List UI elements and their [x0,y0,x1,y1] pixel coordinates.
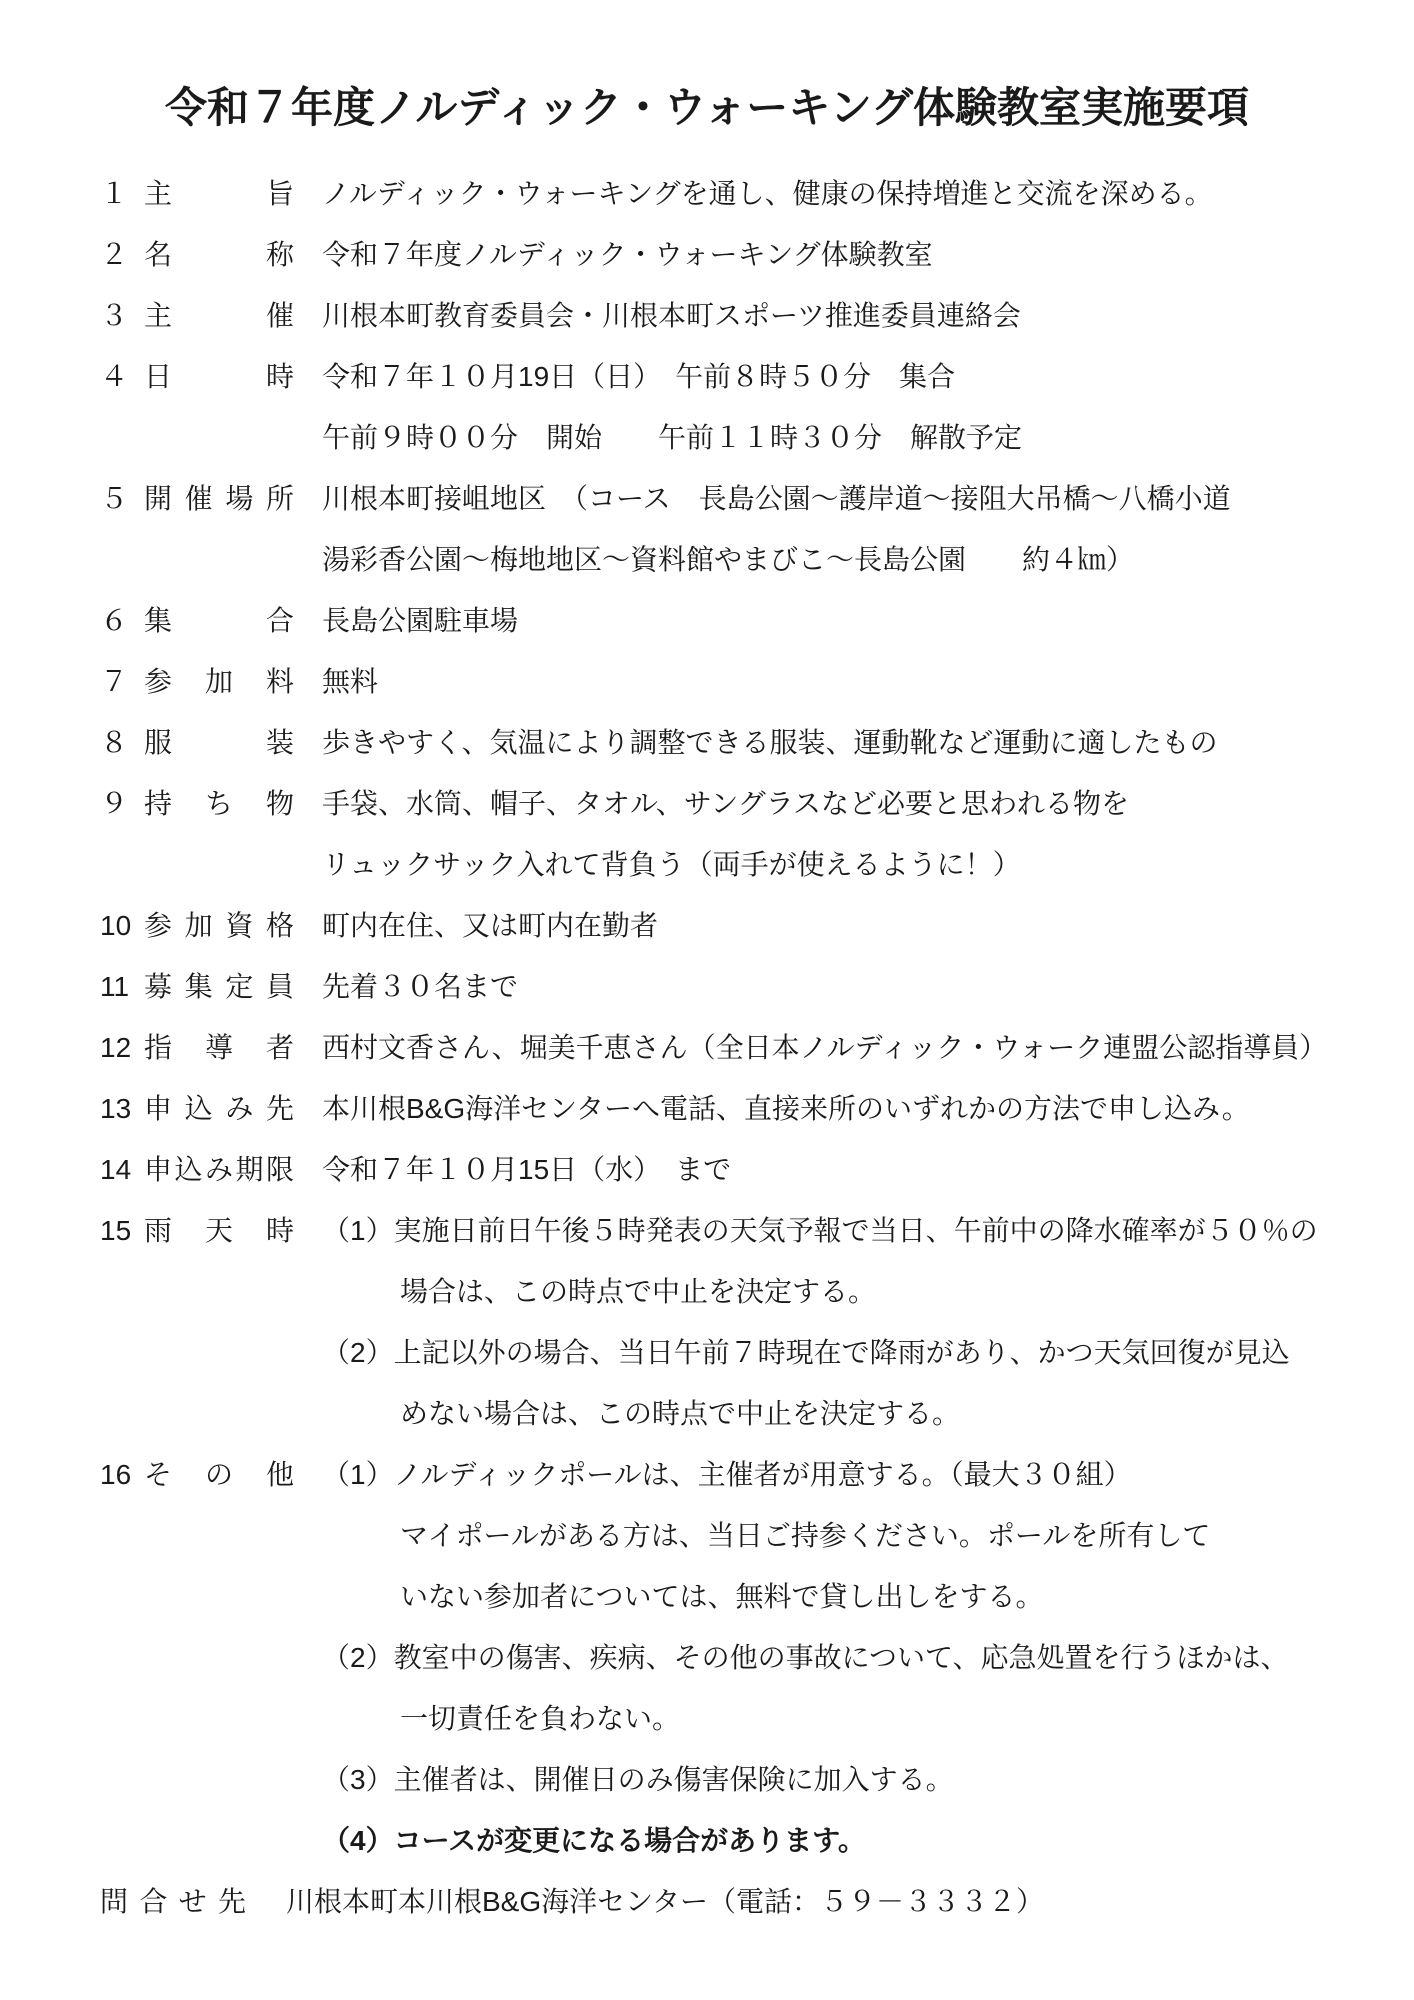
contact-label: 問合せ先 [100,1871,246,1932]
item-line: 町内在住、又は町内在勤者 [322,895,1414,956]
item-label: 主催 [144,285,294,346]
item-content: 西村文香さん、堀美千恵さん（全日本ノルディック・ウォーク連盟公認指導員） [294,1017,1414,1078]
item-number: ９ [100,773,144,834]
item-line: いない参加者については、無料で貸し出しをする。 [322,1566,1414,1627]
item-row: ７参加料無料 [0,651,1414,712]
item-number: 15 [100,1200,144,1261]
item-label: 申込み期限 [144,1139,294,1200]
item-line: 先着３０名まで [322,956,1414,1017]
item-line: 一切責任を負わない。 [322,1688,1414,1749]
item-number: 10 [100,895,144,956]
item-content: 歩きやすく、気温により調整できる服装、運動靴など運動に適したもの [294,712,1414,773]
item-content: 令和７年１０月19日（日） 午前８時５０分 集合午前９時００分 開始 午前１１時… [294,346,1414,468]
item-line: 川根本町教育委員会・川根本町スポーツ推進委員連絡会 [322,285,1414,346]
contact-row: 問合せ先 川根本町本川根B&G海洋センター（電話：５９－３３３２） [0,1871,1414,1932]
item-row: ４日時令和７年１０月19日（日） 午前８時５０分 集合午前９時００分 開始 午前… [0,346,1414,468]
item-line: （1）実施日前日午後５時発表の天気予報で当日、午前中の降水確率が５０％の [322,1200,1414,1261]
item-row: 12指導者西村文香さん、堀美千恵さん（全日本ノルディック・ウォーク連盟公認指導員… [0,1017,1414,1078]
item-line: マイポールがある方は、当日ご持参ください。ポールを所有して [322,1505,1414,1566]
item-line: 令和７年１０月19日（日） 午前８時５０分 集合 [322,346,1414,407]
contact-text: 川根本町本川根B&G海洋センター（電話：５９－３３３２） [286,1871,1044,1932]
item-line: 西村文香さん、堀美千恵さん（全日本ノルディック・ウォーク連盟公認指導員） [322,1017,1414,1078]
item-content: 先着３０名まで [294,956,1414,1017]
item-label: 指導者 [144,1017,294,1078]
item-row: 13申込み先本川根B&G海洋センターへ電話、直接来所のいずれかの方法で申し込み。 [0,1078,1414,1139]
item-row: 14申込み期限令和７年１０月15日（水） まで [0,1139,1414,1200]
item-label: 参加料 [144,651,294,712]
item-number: ８ [100,712,144,773]
item-label: 主旨 [144,163,294,224]
item-label: 申込み先 [144,1078,294,1139]
item-number: 14 [100,1139,144,1200]
item-line: 本川根B&G海洋センターへ電話、直接来所のいずれかの方法で申し込み。 [322,1078,1414,1139]
item-content: ノルディック・ウォーキングを通し、健康の保持増進と交流を深める。 [294,163,1414,224]
item-number: 16 [100,1444,144,1505]
item-content: 町内在住、又は町内在勤者 [294,895,1414,956]
item-line: （1）ノルディックポールは、主催者が用意する。（最大３０組） [322,1444,1414,1505]
item-row: 11募集定員先着３０名まで [0,956,1414,1017]
item-label: 雨天時 [144,1200,294,1261]
item-row: 16その他（1）ノルディックポールは、主催者が用意する。（最大３０組）マイポール… [0,1444,1414,1871]
item-content: （1）実施日前日午後５時発表の天気予報で当日、午前中の降水確率が５０％の場合は、… [294,1200,1414,1444]
item-line: （2）上記以外の場合、当日午前７時現在で降雨があり、かつ天気回復が見込 [322,1322,1414,1383]
item-line: 歩きやすく、気温により調整できる服装、運動靴など運動に適したもの [322,712,1414,773]
item-content: 川根本町接岨地区 （コース 長島公園～護岸道～接阻大吊橋～八橋小道湯彩香公園～梅… [294,468,1414,590]
item-line: 長島公園駐車場 [322,590,1414,651]
item-row: ２名称令和７年度ノルディック・ウォーキング体験教室 [0,224,1414,285]
document-page: 令和７年度ノルディック・ウォーキング体験教室実施要項 １主旨ノルディック・ウォー… [0,0,1414,2000]
item-number: ５ [100,468,144,529]
item-number: ２ [100,224,144,285]
item-content: 川根本町教育委員会・川根本町スポーツ推進委員連絡会 [294,285,1414,346]
item-number: １ [100,163,144,224]
item-number: 13 [100,1078,144,1139]
item-row: ３主催川根本町教育委員会・川根本町スポーツ推進委員連絡会 [0,285,1414,346]
item-line: 令和７年１０月15日（水） まで [322,1139,1414,1200]
item-line: 令和７年度ノルディック・ウォーキング体験教室 [322,224,1414,285]
item-content: （1）ノルディックポールは、主催者が用意する。（最大３０組）マイポールがある方は… [294,1444,1414,1871]
item-number: ３ [100,285,144,346]
item-row: ５開催場所川根本町接岨地区 （コース 長島公園～護岸道～接阻大吊橋～八橋小道湯彩… [0,468,1414,590]
document-title: 令和７年度ノルディック・ウォーキング体験教室実施要項 [0,82,1414,134]
item-line: （3）主催者は、開催日のみ傷害保険に加入する。 [322,1749,1414,1810]
item-label: 服装 [144,712,294,773]
item-number: ７ [100,651,144,712]
item-line: 場合は、この時点で中止を決定する。 [322,1261,1414,1322]
item-line: 手袋、水筒、帽子、タオル、サングラスなど必要と思われる物を [322,773,1414,834]
item-label: 参加資格 [144,895,294,956]
item-line: リュックサック入れて背負う（両手が使えるように！） [322,834,1414,895]
item-content: 令和７年度ノルディック・ウォーキング体験教室 [294,224,1414,285]
item-content: 本川根B&G海洋センターへ電話、直接来所のいずれかの方法で申し込み。 [294,1078,1414,1139]
item-content: 長島公園駐車場 [294,590,1414,651]
item-row: １主旨ノルディック・ウォーキングを通し、健康の保持増進と交流を深める。 [0,163,1414,224]
item-content: 令和７年１０月15日（水） まで [294,1139,1414,1200]
item-content: 無料 [294,651,1414,712]
item-number: ６ [100,590,144,651]
item-number: 12 [100,1017,144,1078]
item-line: 午前９時００分 開始 午前１１時３０分 解散予定 [322,407,1414,468]
item-row: ８服装歩きやすく、気温により調整できる服装、運動靴など運動に適したもの [0,712,1414,773]
item-line: ノルディック・ウォーキングを通し、健康の保持増進と交流を深める。 [322,163,1414,224]
item-label: 日時 [144,346,294,407]
item-number: ４ [100,346,144,407]
item-line: 湯彩香公園～梅地地区～資料館やまびこ～長島公園 約４㎞） [322,529,1414,590]
item-label: 開催場所 [144,468,294,529]
item-line: 川根本町接岨地区 （コース 長島公園～護岸道～接阻大吊橋～八橋小道 [322,468,1414,529]
items-list: １主旨ノルディック・ウォーキングを通し、健康の保持増進と交流を深める。２名称令和… [0,163,1414,1871]
item-line: 無料 [322,651,1414,712]
item-content: 手袋、水筒、帽子、タオル、サングラスなど必要と思われる物をリュックサック入れて背… [294,773,1414,895]
item-number: 11 [100,956,144,1017]
item-line: めない場合は、この時点で中止を決定する。 [322,1383,1414,1444]
item-line: （2）教室中の傷害、疾病、その他の事故について、応急処置を行うほかは、 [322,1627,1414,1688]
item-label: その他 [144,1444,294,1505]
item-row: ６集合長島公園駐車場 [0,590,1414,651]
item-label: 募集定員 [144,956,294,1017]
item-label: 持ち物 [144,773,294,834]
item-label: 名称 [144,224,294,285]
item-line: （4）コースが変更になる場合があります。 [322,1810,1414,1871]
item-row: 15雨天時（1）実施日前日午後５時発表の天気予報で当日、午前中の降水確率が５０％… [0,1200,1414,1444]
item-label: 集合 [144,590,294,651]
item-row: ９持ち物手袋、水筒、帽子、タオル、サングラスなど必要と思われる物をリュックサック… [0,773,1414,895]
item-row: 10参加資格町内在住、又は町内在勤者 [0,895,1414,956]
